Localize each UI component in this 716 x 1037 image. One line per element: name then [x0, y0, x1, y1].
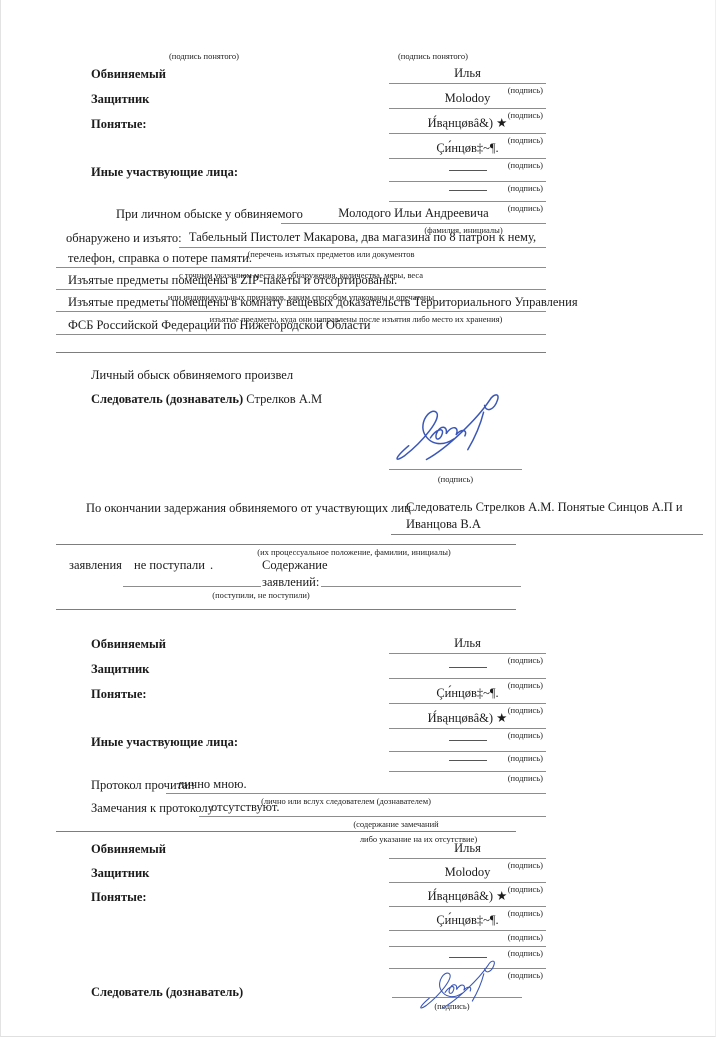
participants-line2: Иванцова В.А	[391, 516, 703, 533]
signature-line: Илья	[389, 636, 546, 654]
received-underline	[123, 586, 261, 587]
party-label: Понятые:	[91, 686, 147, 702]
search-intro-label: При личном обыске у обвиняемого	[116, 206, 303, 223]
received-caption: (поступили, не поступили)	[186, 590, 336, 600]
signature-line: И́вąнцøвâ&) ★	[389, 889, 546, 907]
signature-line: И́вąнцøвâ&) ★	[389, 711, 546, 729]
investigator-label: Следователь (дознаватель)	[91, 392, 243, 406]
party-label: Обвиняемый	[91, 841, 166, 857]
signature-block-2: ОбвиняемыйИлья(подпись)Защитник(подпись)…	[1, 636, 716, 786]
signature-line: Molodoy	[389, 865, 546, 883]
investigator-sign-caption: (подпись)	[389, 474, 522, 484]
signature-line: Илья	[389, 841, 546, 859]
signature-line: Çи́нцøв‡~¶.	[389, 141, 546, 159]
signature-row: ЗащитникMolodoy(подпись)	[1, 865, 716, 892]
investigator-signature-ink	[391, 390, 519, 468]
signature-line: Илья	[389, 66, 546, 84]
party-label: Обвиняемый	[91, 66, 166, 82]
storage-value-line2: ФСБ Российской Федерации по Нижегородско…	[56, 318, 546, 335]
party-label: Защитник	[91, 91, 149, 107]
party-label: Иные участвующие лица:	[91, 164, 238, 180]
signature-line: И́вąнцøвâ&) ★	[389, 116, 546, 134]
signature-row: ОбвиняемыйИлья(подпись)	[1, 636, 716, 663]
signature-block-3: ОбвиняемыйИлья(подпись)ЗащитникMolodoy(п…	[1, 841, 716, 991]
participants-value: Следователь Стрелков А.М. Понятые Синцов…	[391, 499, 703, 535]
storage-value: Изъятые предметы помещены в комнату веще…	[56, 295, 546, 312]
seized-value: Табельный Пистолет Макарова, два магазин…	[179, 230, 546, 248]
signature-block-1: ОбвиняемыйИлья(подпись)ЗащитникMolodoy(п…	[1, 66, 716, 216]
protocol-document-page: (подпись понятого) (подпись понятого) Об…	[0, 0, 716, 1037]
signature-row: ОбвиняемыйИлья(подпись)	[1, 841, 716, 868]
investigator-name: Стрелков А.М	[246, 392, 322, 406]
statements-dot: .	[210, 557, 213, 574]
remarks-value: отсутствуют.	[199, 800, 546, 817]
signature-line	[389, 661, 546, 679]
statements-received-value: не поступали	[134, 557, 205, 574]
protocol-read-value: лично мною.	[166, 777, 546, 794]
signature-row: Понятые:И́вąнцøвâ&) ★(подпись)	[1, 116, 716, 143]
party-label: Понятые:	[91, 116, 147, 132]
statements-content-line	[321, 586, 521, 587]
statements-content-word: Содержание	[262, 557, 328, 574]
party-label: Понятые:	[91, 889, 147, 905]
seized-label: обнаружено и изъято:	[66, 230, 182, 247]
signature-row: Понятые:Çи́нцøв‡~¶.(подпись)	[1, 686, 716, 713]
witness-sign-caption-left: (подпись понятого)	[129, 51, 279, 61]
signature-line	[389, 164, 546, 182]
party-label: Иные участвующие лица:	[91, 734, 238, 750]
statements-intro: По окончании задержания обвиняемого от у…	[86, 500, 411, 517]
participants-line1: Следователь Стрелков А.М. Понятые Синцов…	[391, 499, 703, 516]
signature-line	[389, 754, 546, 772]
remarks-caption: (содержание замечаний	[331, 819, 461, 829]
signature-row: ОбвиняемыйИлья(подпись)	[1, 66, 716, 93]
signature-line	[389, 184, 546, 202]
statements-content-word2: заявлений:	[262, 574, 319, 591]
performed-by-line: Личный обыск обвиняемого произвел	[91, 367, 293, 384]
statements-divider-bottom	[56, 609, 516, 610]
search-intro-value: Молодого Ильи Андреевича	[281, 206, 546, 224]
party-label: Защитник	[91, 865, 149, 881]
signature-line	[389, 929, 546, 947]
investigator-row: Следователь (дознаватель) Стрелков А.М	[91, 391, 322, 408]
party-label: Защитник	[91, 661, 149, 677]
packed-value: Изъятые предметы помещены в ZIP-пакеты и…	[56, 273, 546, 290]
remarks-label: Замечания к протоколу	[91, 800, 214, 817]
statements-divider-top	[56, 544, 516, 545]
investigator-signature-line	[389, 469, 522, 470]
signature-line	[389, 734, 546, 752]
blank-field-line	[56, 352, 546, 353]
signature-line: Molodoy	[389, 91, 546, 109]
participants-role-caption: (их процессуальное положение, фамилии, и…	[254, 547, 454, 557]
party-label: Обвиняемый	[91, 636, 166, 652]
footer-investigator-label: Следователь (дознаватель)	[91, 984, 243, 1001]
signature-row: ЗащитникMolodoy(подпись)	[1, 91, 716, 118]
signature-row: Защитник(подпись)	[1, 661, 716, 688]
remarks-divider	[56, 831, 516, 832]
statements-word: заявления	[69, 557, 122, 574]
signature-row: (подпись)	[1, 951, 716, 978]
signature-row: Понятые:И́вąнцøвâ&) ★(подпись)	[1, 889, 716, 916]
footer-signature-ink	[411, 958, 515, 1014]
witness-sign-caption-right: (подпись понятого)	[358, 51, 508, 61]
signature-line: Çи́нцøв‡~¶.	[389, 686, 546, 704]
seized-value-line2: телефон, справка о потере памяти.	[56, 251, 546, 268]
